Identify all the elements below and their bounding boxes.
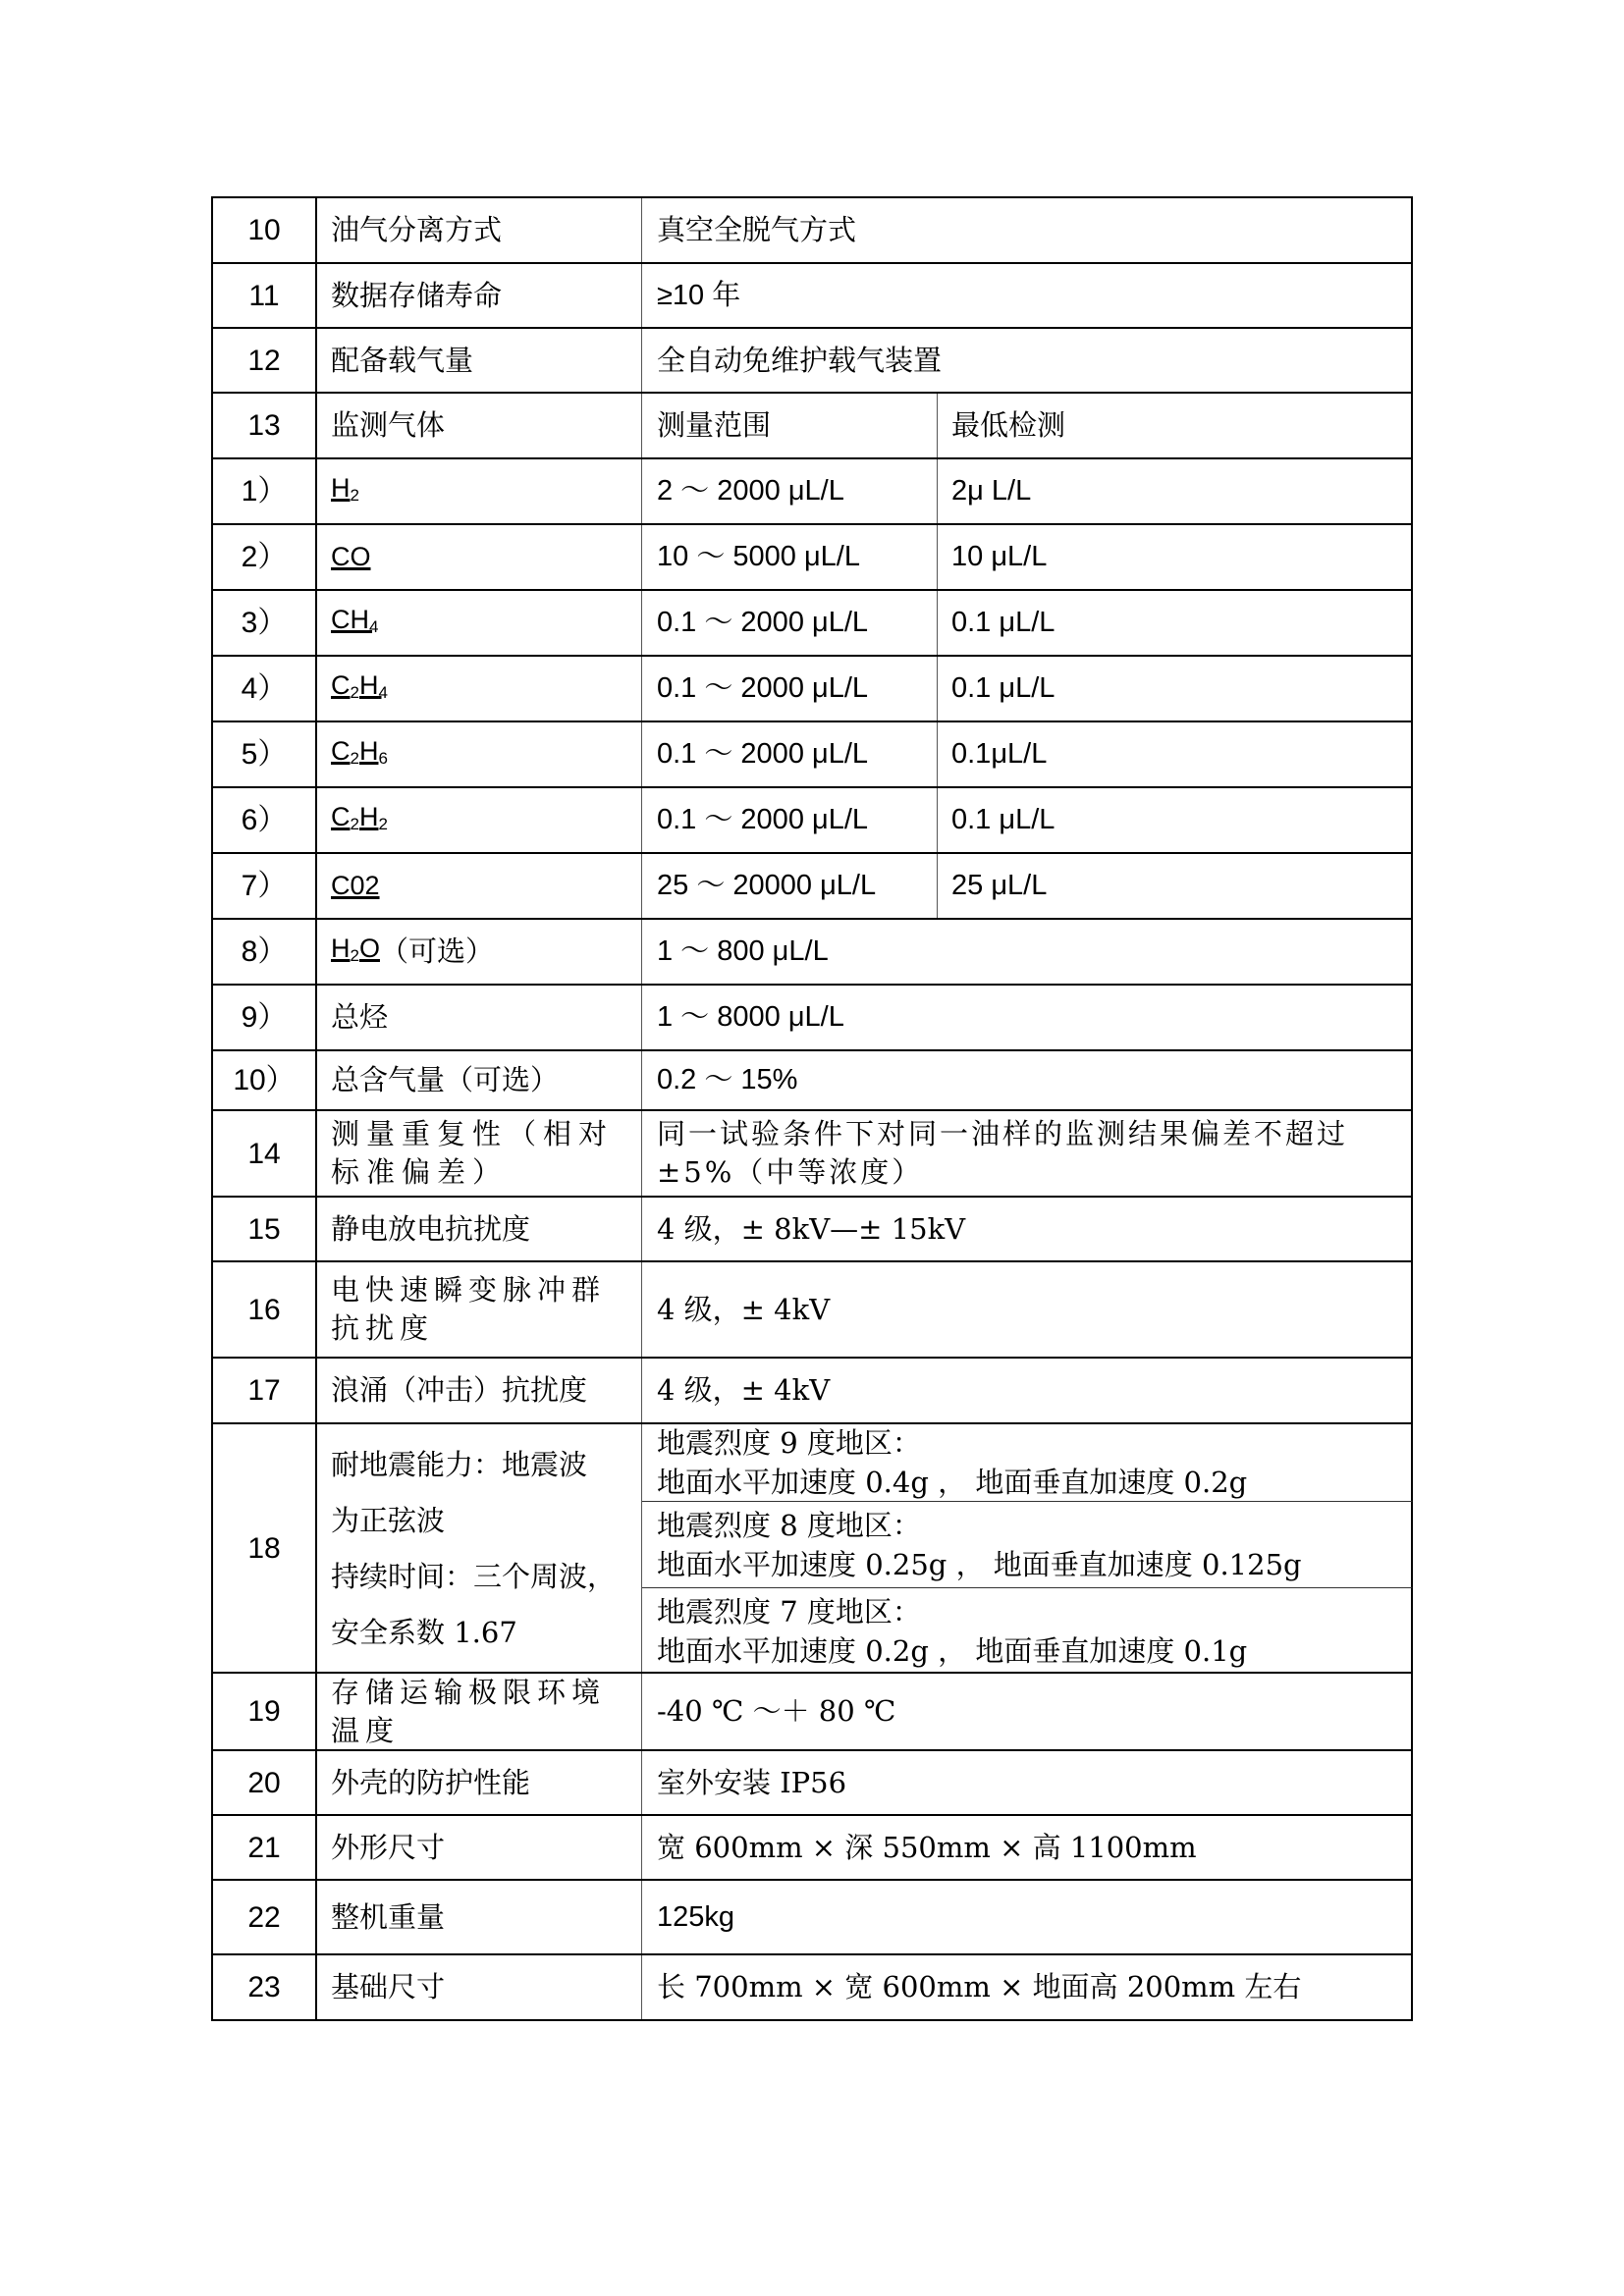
row-number: 9） — [211, 986, 317, 1049]
table-row: 20 外壳的防护性能 室外安装 IP56 — [211, 1749, 1413, 1814]
table-row: 19 存储运输极限环境温度 -40 ℃ ～＋ 80 ℃ — [211, 1672, 1413, 1749]
row-number: 13 — [211, 394, 317, 457]
spec-value: 长 700mm × 宽 600mm × 地面高 200mm 左右 — [642, 1955, 1413, 2019]
gas-name: H2 — [317, 459, 642, 523]
spec-name: 基础尺寸 — [317, 1955, 642, 2019]
row-number: 5） — [211, 722, 317, 786]
row-number: 18 — [211, 1424, 317, 1672]
seismic-row: 18 耐地震能力：地震波 为正弦波 持续时间：三个周波， 安全系数 1.67 地… — [211, 1422, 1413, 1672]
spec-name: 外壳的防护性能 — [317, 1751, 642, 1814]
row-number: 20 — [211, 1751, 317, 1814]
spec-name: 外形尺寸 — [317, 1816, 642, 1879]
gas-min-detect: 10 μL/L — [938, 525, 1413, 589]
document-page: 10 油气分离方式 真空全脱气方式 11 数据存储寿命 ≥10 年 12 配备载… — [0, 0, 1624, 2296]
table-row: 11 数据存储寿命 ≥10 年 — [211, 262, 1413, 327]
row-number: 6） — [211, 788, 317, 852]
spec-value: -40 ℃ ～＋ 80 ℃ — [642, 1674, 1413, 1749]
seismic-level-7: 地震烈度 7 度地区： 地面水平加速度 0.2g ， 地面垂直加速度 0.1g — [642, 1587, 1413, 1674]
spec-value: 宽 600mm × 深 550mm × 高 1100mm — [642, 1816, 1413, 1879]
spec-name: 测量重复性（相对标准偏差） — [317, 1111, 642, 1196]
gas-range: 0.1 ～ 2000 μL/L — [642, 657, 938, 721]
spec-name: 数据存储寿命 — [317, 264, 642, 327]
table-row: 21 外形尺寸 宽 600mm × 深 550mm × 高 1100mm — [211, 1814, 1413, 1879]
spec-value: ≥10 年 — [642, 264, 1413, 327]
gas-name: CO — [317, 525, 642, 589]
spec-name: 整机重量 — [317, 1881, 642, 1953]
gas-min-detect: 2μ L/L — [938, 459, 1413, 523]
gas-min-detect: 0.1 μL/L — [938, 591, 1413, 655]
gas-min-detect: 25 μL/L — [938, 854, 1413, 918]
row-number: 11 — [211, 264, 317, 327]
row-number: 10 — [211, 198, 317, 262]
gas-row: 10） 总含气量（可选） 0.2 ～ 15% — [211, 1049, 1413, 1109]
row-number: 10） — [211, 1051, 317, 1109]
row-number: 2） — [211, 525, 317, 589]
gas-row: 5） C2H6 0.1 ～ 2000 μL/L 0.1μL/L — [211, 721, 1413, 786]
row-number: 17 — [211, 1359, 317, 1422]
row-number: 7） — [211, 854, 317, 918]
gas-name: C02 — [317, 854, 642, 918]
spec-value: 室外安装 IP56 — [642, 1751, 1413, 1814]
row-number: 1） — [211, 459, 317, 523]
spec-name: 电快速瞬变脉冲群抗扰度 — [317, 1262, 642, 1357]
gas-name: C2H4 — [317, 657, 642, 721]
spec-name: 存储运输极限环境温度 — [317, 1674, 642, 1749]
table-row: 16 电快速瞬变脉冲群抗扰度 4 级，± 4kV — [211, 1260, 1413, 1357]
table-row: 23 基础尺寸 长 700mm × 宽 600mm × 地面高 200mm 左右 — [211, 1953, 1413, 2021]
row-number: 15 — [211, 1198, 317, 1260]
gas-range: 2 ～ 2000 μL/L — [642, 459, 938, 523]
spec-value: 125kg — [642, 1881, 1413, 1953]
range-header: 测量范围 — [642, 394, 938, 457]
spec-value: 4 级，± 4kV — [642, 1359, 1413, 1422]
spec-value: 同一试验条件下对同一油样的监测结果偏差不超过±5%（中等浓度） — [642, 1111, 1413, 1196]
row-number: 21 — [211, 1816, 317, 1879]
gas-row: 6） C2H2 0.1 ～ 2000 μL/L 0.1 μL/L — [211, 786, 1413, 852]
gas-row: 4） C2H4 0.1 ～ 2000 μL/L 0.1 μL/L — [211, 655, 1413, 721]
spec-name: 静电放电抗扰度 — [317, 1198, 642, 1260]
spec-value: 4 级，± 8kV—± 15kV — [642, 1198, 1413, 1260]
row-number: 4） — [211, 657, 317, 721]
seismic-level-9: 地震烈度 9 度地区： 地面水平加速度 0.4g ， 地面垂直加速度 0.2g — [642, 1424, 1413, 1501]
optional-label: （可选） — [380, 933, 494, 971]
gas-range: 1 ～ 8000 μL/L — [642, 986, 1413, 1049]
gas-range: 1 ～ 800 μL/L — [642, 920, 1413, 984]
gas-row: 7） C02 25 ～ 20000 μL/L 25 μL/L — [211, 852, 1413, 918]
gas-row: 8） H2O（可选） 1 ～ 800 μL/L — [211, 918, 1413, 984]
gas-min-detect: 0.1 μL/L — [938, 657, 1413, 721]
table-row: 17 浪涌（冲击）抗扰度 4 级，± 4kV — [211, 1357, 1413, 1422]
row-number: 8） — [211, 920, 317, 984]
gas-name: CH4 — [317, 591, 642, 655]
gas-range: 25 ～ 20000 μL/L — [642, 854, 938, 918]
gas-range: 10 ～ 5000 μL/L — [642, 525, 938, 589]
gas-name: C2H6 — [317, 722, 642, 786]
gas-row: 1） H2 2 ～ 2000 μL/L 2μ L/L — [211, 457, 1413, 523]
spec-name: 监测气体 — [317, 394, 642, 457]
gas-row: 2） CO 10 ～ 5000 μL/L 10 μL/L — [211, 523, 1413, 589]
gas-min-detect: 0.1μL/L — [938, 722, 1413, 786]
gas-range: 0.2 ～ 15% — [642, 1051, 1413, 1109]
spec-name: 浪涌（冲击）抗扰度 — [317, 1359, 642, 1422]
table-row: 14 测量重复性（相对标准偏差） 同一试验条件下对同一油样的监测结果偏差不超过±… — [211, 1109, 1413, 1196]
gas-row: 3） CH4 0.1 ～ 2000 μL/L 0.1 μL/L — [211, 589, 1413, 655]
row-number: 3） — [211, 591, 317, 655]
spec-value: 4 级，± 4kV — [642, 1262, 1413, 1357]
seismic-spec-name: 耐地震能力：地震波 为正弦波 持续时间：三个周波， 安全系数 1.67 — [317, 1424, 642, 1672]
table-row-gas-header: 13 监测气体 测量范围 最低检测 — [211, 392, 1413, 457]
gas-min-detect: 0.1 μL/L — [938, 788, 1413, 852]
table-row: 10 油气分离方式 真空全脱气方式 — [211, 196, 1413, 262]
gas-row: 9） 总烃 1 ～ 8000 μL/L — [211, 984, 1413, 1049]
gas-name: 总烃 — [317, 986, 642, 1049]
row-number: 22 — [211, 1881, 317, 1953]
min-detect-header: 最低检测 — [938, 394, 1413, 457]
spec-value: 真空全脱气方式 — [642, 198, 1413, 262]
table-row: 22 整机重量 125kg — [211, 1879, 1413, 1953]
gas-range: 0.1 ～ 2000 μL/L — [642, 722, 938, 786]
row-number: 12 — [211, 329, 317, 392]
table-row: 15 静电放电抗扰度 4 级，± 8kV—± 15kV — [211, 1196, 1413, 1260]
row-number: 14 — [211, 1111, 317, 1196]
gas-name: C2H2 — [317, 788, 642, 852]
spec-name: 配备载气量 — [317, 329, 642, 392]
spec-value: 全自动免维护载气装置 — [642, 329, 1413, 392]
row-number: 23 — [211, 1955, 317, 2019]
seismic-level-8: 地震烈度 8 度地区： 地面水平加速度 0.25g ， 地面垂直加速度 0.12… — [642, 1501, 1413, 1587]
row-number: 16 — [211, 1262, 317, 1357]
row-number: 19 — [211, 1674, 317, 1749]
table-row: 12 配备载气量 全自动免维护载气装置 — [211, 327, 1413, 392]
gas-range: 0.1 ～ 2000 μL/L — [642, 591, 938, 655]
gas-range: 0.1 ～ 2000 μL/L — [642, 788, 938, 852]
gas-name: 总含气量（可选） — [317, 1051, 642, 1109]
gas-name: H2O（可选） — [317, 920, 642, 984]
spec-name: 油气分离方式 — [317, 198, 642, 262]
